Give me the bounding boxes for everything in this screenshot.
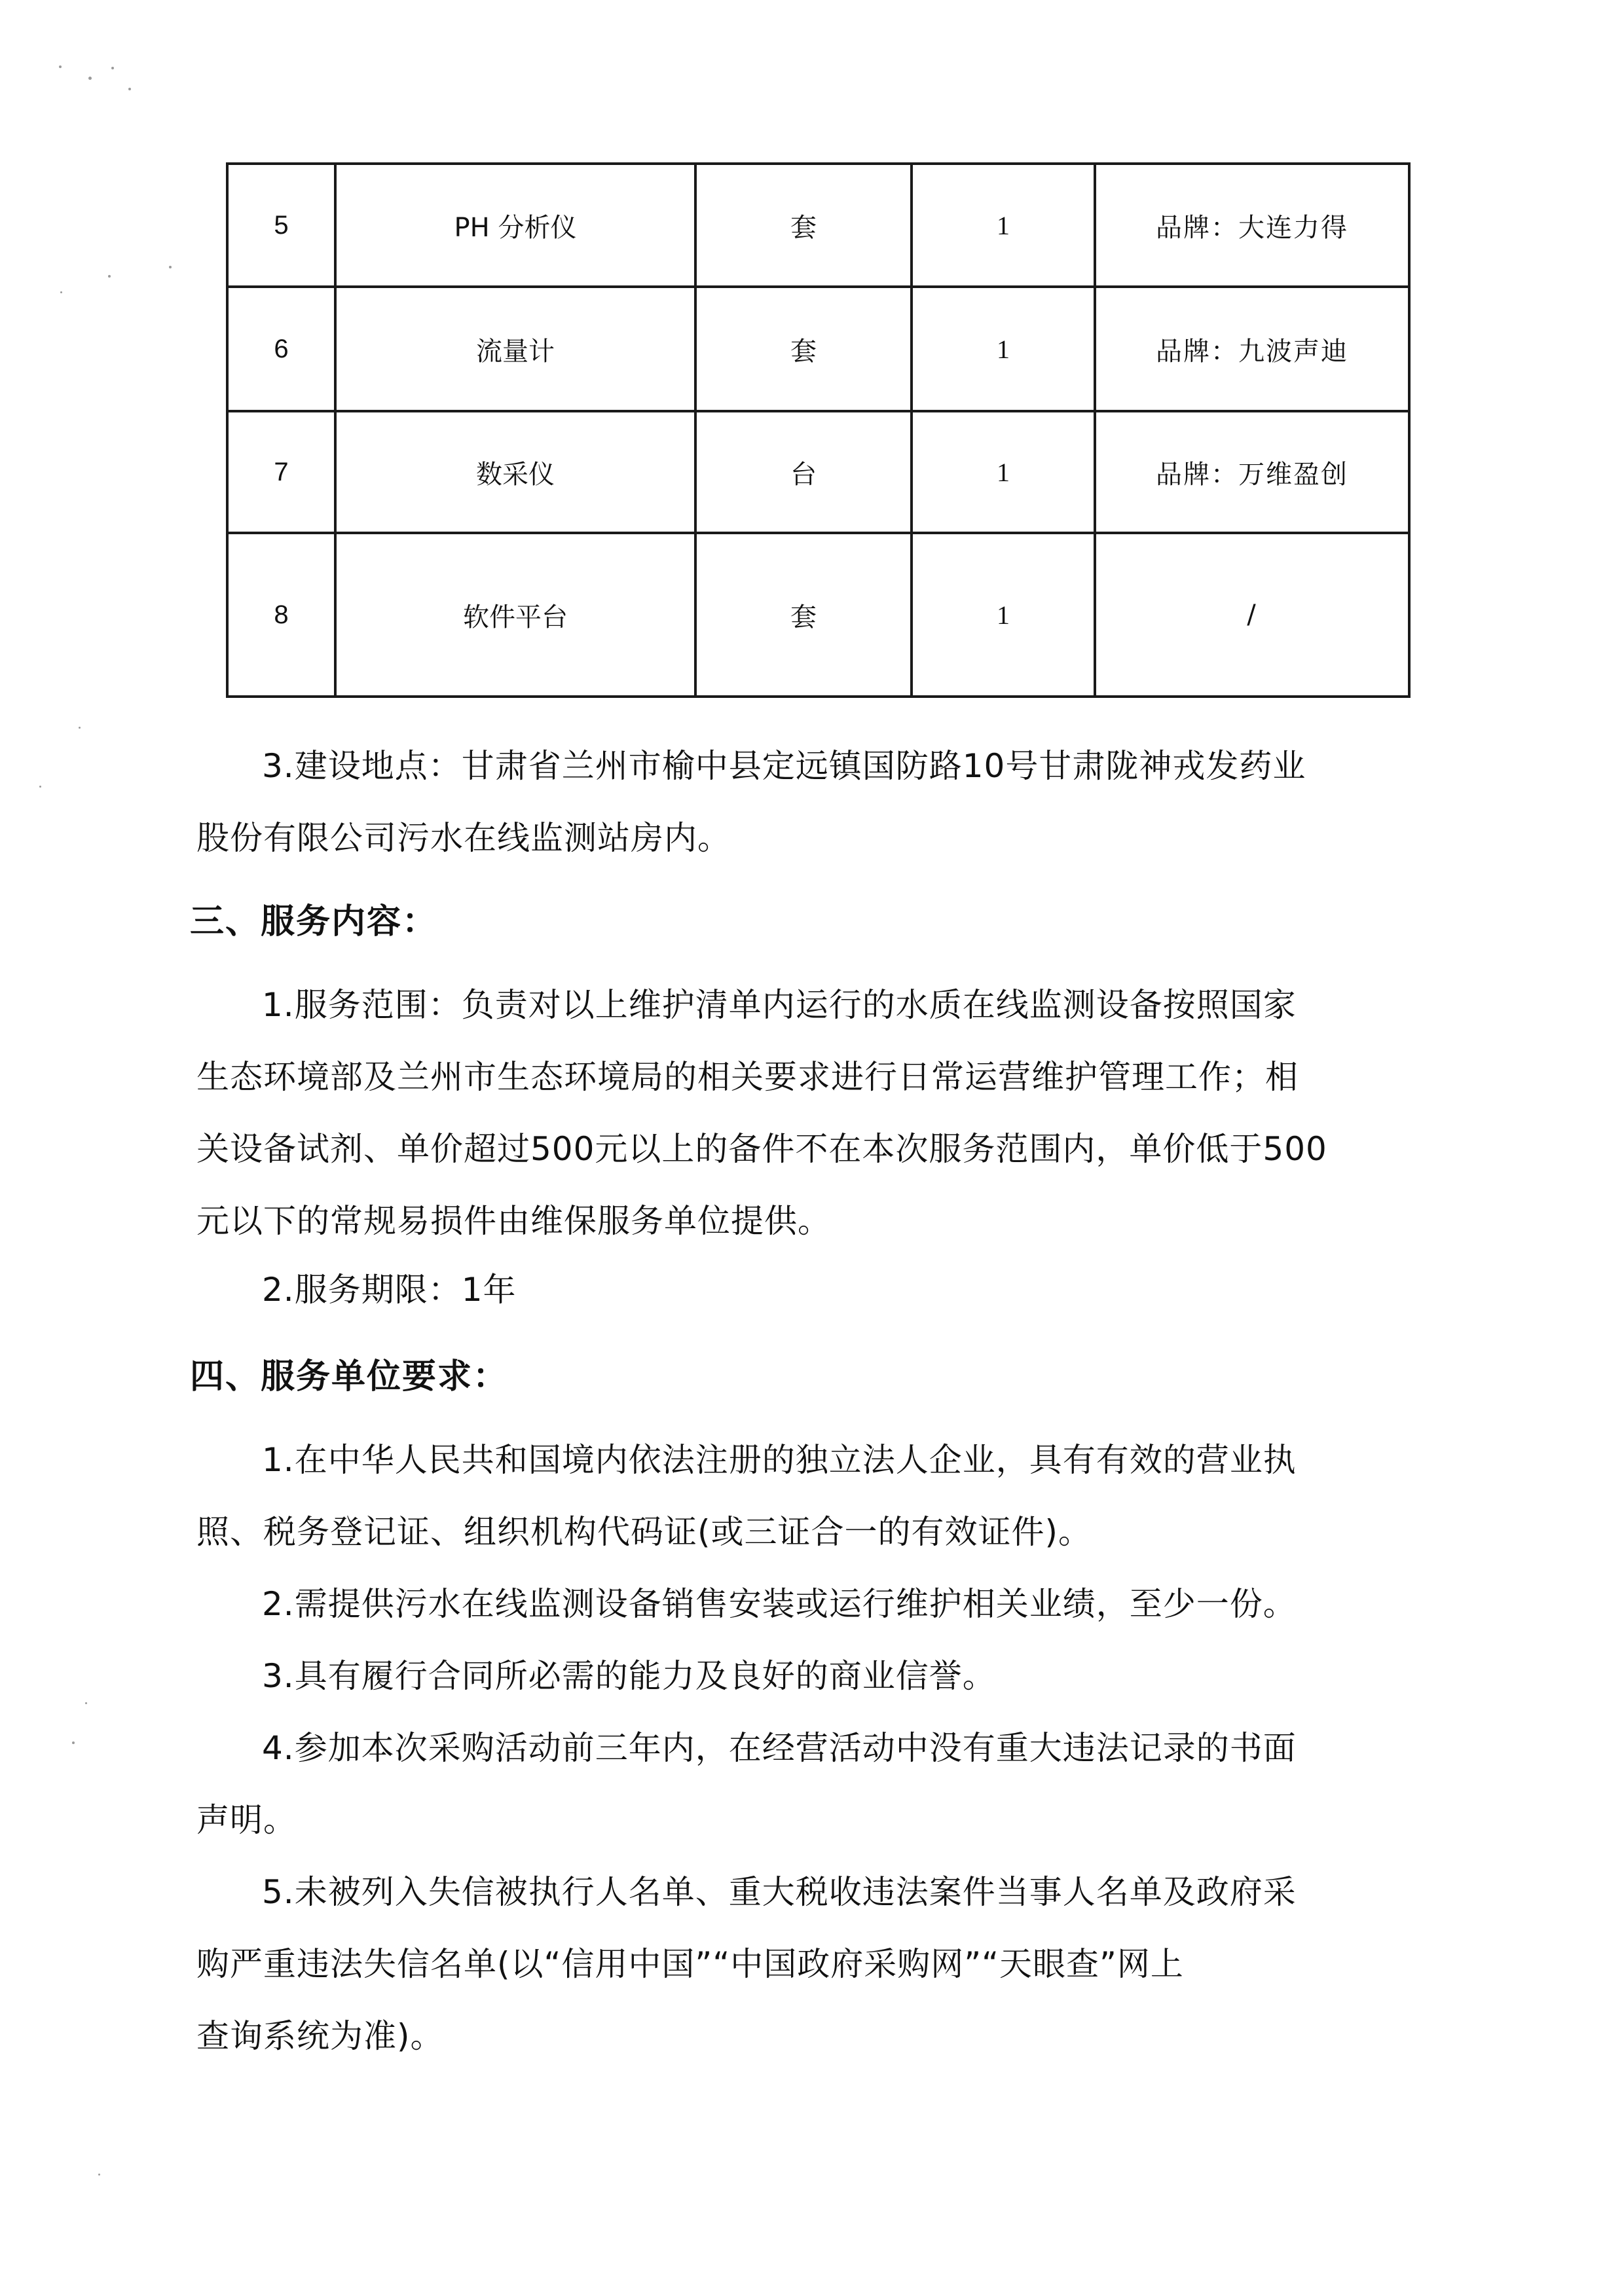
requirement-4-line-2: 声明。 bbox=[196, 1801, 297, 1839]
requirement-5-line-1: 5.未被列入失信被执行人名单、重大税收违法案件当事人名单及政府采 bbox=[262, 1873, 1297, 1911]
equipment-quantity: 1 bbox=[912, 533, 1095, 697]
equipment-brand: 品牌：万维盈创 bbox=[1095, 411, 1409, 533]
service-scope-paragraph: 1.服务范围：负责对以上维护清单内运行的水质在线监测设备按照国家 生态环境部及兰… bbox=[196, 969, 1473, 1257]
requirement-3-text: 3.具有履行合同所必需的能力及良好的商业信誉。 bbox=[262, 1657, 996, 1695]
equipment-quantity: 1 bbox=[912, 164, 1095, 287]
service-scope-line-4: 元以下的常规易损件由维保服务单位提供。 bbox=[196, 1202, 831, 1240]
section-heading-service-content: 三、服务内容： bbox=[190, 894, 437, 943]
requirement-2-text: 2.需提供污水在线监测设备销售安装或运行维护相关业绩，至少一份。 bbox=[262, 1585, 1297, 1623]
scan-noise bbox=[111, 67, 114, 69]
requirement-1-line-1: 1.在中华人民共和国境内依法注册的独立法人企业，具有有效的营业执 bbox=[262, 1441, 1297, 1479]
construction-site-paragraph: 3.建设地点：甘肃省兰州市榆中县定远镇国防路10号甘肃陇神戎发药业 股份有限公司… bbox=[196, 730, 1473, 874]
scan-noise bbox=[79, 727, 81, 729]
scan-noise bbox=[169, 266, 172, 268]
construction-site-line-1: 3.建设地点：甘肃省兰州市榆中县定远镇国防路10号甘肃陇神戎发药业 bbox=[262, 747, 1306, 785]
equipment-quantity: 1 bbox=[912, 411, 1095, 533]
table-row: 8 软件平台 套 1 / bbox=[227, 533, 1409, 697]
requirement-2-paragraph: 2.需提供污水在线监测设备销售安装或运行维护相关业绩，至少一份。 bbox=[196, 1568, 1473, 1640]
table-row: 7 数采仪 台 1 品牌：万维盈创 bbox=[227, 411, 1409, 533]
service-period-paragraph: 2.服务期限：1年 bbox=[196, 1254, 1473, 1326]
requirement-4-paragraph: 4.参加本次采购活动前三年内，在经营活动中没有重大违法记录的书面 声明。 bbox=[196, 1712, 1473, 1856]
equipment-name: 软件平台 bbox=[335, 533, 695, 697]
section-heading-provider-requirements: 四、服务单位要求： bbox=[190, 1349, 508, 1398]
service-scope-line-3: 关设备试剂、单价超过500元以上的备件不在本次服务范围内，单价低于500 bbox=[196, 1130, 1327, 1168]
scan-noise bbox=[88, 77, 92, 80]
scan-noise bbox=[85, 1702, 87, 1704]
requirement-5-paragraph: 5.未被列入失信被执行人名单、重大税收违法案件当事人名单及政府采 购严重违法失信… bbox=[196, 1856, 1473, 2072]
equipment-brand: 品牌：九波声迪 bbox=[1095, 287, 1409, 411]
construction-site-line-2: 股份有限公司污水在线监测站房内。 bbox=[196, 819, 731, 857]
service-scope-line-1: 1.服务范围：负责对以上维护清单内运行的水质在线监测设备按照国家 bbox=[262, 986, 1297, 1024]
scan-noise bbox=[39, 786, 41, 788]
row-number: 7 bbox=[227, 411, 335, 533]
equipment-unit: 套 bbox=[695, 287, 912, 411]
row-number: 6 bbox=[227, 287, 335, 411]
table-row: 6 流量计 套 1 品牌：九波声迪 bbox=[227, 287, 1409, 411]
table-row: 5 PH 分析仪 套 1 品牌：大连力得 bbox=[227, 164, 1409, 287]
scan-noise bbox=[108, 275, 111, 278]
equipment-name: 数采仪 bbox=[335, 411, 695, 533]
equipment-quantity: 1 bbox=[912, 287, 1095, 411]
document-page: 5 PH 分析仪 套 1 品牌：大连力得 6 流量计 套 1 品牌：九波声迪 7… bbox=[0, 0, 1624, 2296]
service-period-text: 2.服务期限：1年 bbox=[262, 1271, 517, 1309]
requirement-1-line-2: 照、税务登记证、组织机构代码证(或三证合一的有效证件)。 bbox=[196, 1513, 1092, 1551]
service-scope-line-2: 生态环境部及兰州市生态环境局的相关要求进行日常运营维护管理工作；相 bbox=[196, 1058, 1299, 1096]
requirement-5-line-2: 购严重违法失信名单(以“信用中国”“中国政府采购网”“天眼查”网上 bbox=[196, 1945, 1184, 1983]
equipment-name: 流量计 bbox=[335, 287, 695, 411]
equipment-unit: 套 bbox=[695, 533, 912, 697]
equipment-unit: 台 bbox=[695, 411, 912, 533]
row-number: 8 bbox=[227, 533, 335, 697]
equipment-name: PH 分析仪 bbox=[335, 164, 695, 287]
requirement-3-paragraph: 3.具有履行合同所必需的能力及良好的商业信誉。 bbox=[196, 1640, 1473, 1712]
scan-noise bbox=[98, 2174, 100, 2176]
equipment-brand: 品牌：大连力得 bbox=[1095, 164, 1409, 287]
equipment-unit: 套 bbox=[695, 164, 912, 287]
equipment-brand: / bbox=[1095, 533, 1409, 697]
scan-noise bbox=[60, 291, 62, 293]
equipment-table: 5 PH 分析仪 套 1 品牌：大连力得 6 流量计 套 1 品牌：九波声迪 7… bbox=[226, 162, 1411, 698]
requirement-5-line-3: 查询系统为准)。 bbox=[196, 2017, 444, 2055]
scan-noise bbox=[72, 1741, 75, 1744]
scan-noise bbox=[128, 88, 131, 90]
requirement-4-line-1: 4.参加本次采购活动前三年内，在经营活动中没有重大违法记录的书面 bbox=[262, 1729, 1297, 1767]
scan-noise bbox=[59, 65, 62, 68]
row-number: 5 bbox=[227, 164, 335, 287]
requirement-1-paragraph: 1.在中华人民共和国境内依法注册的独立法人企业，具有有效的营业执 照、税务登记证… bbox=[196, 1424, 1473, 1568]
